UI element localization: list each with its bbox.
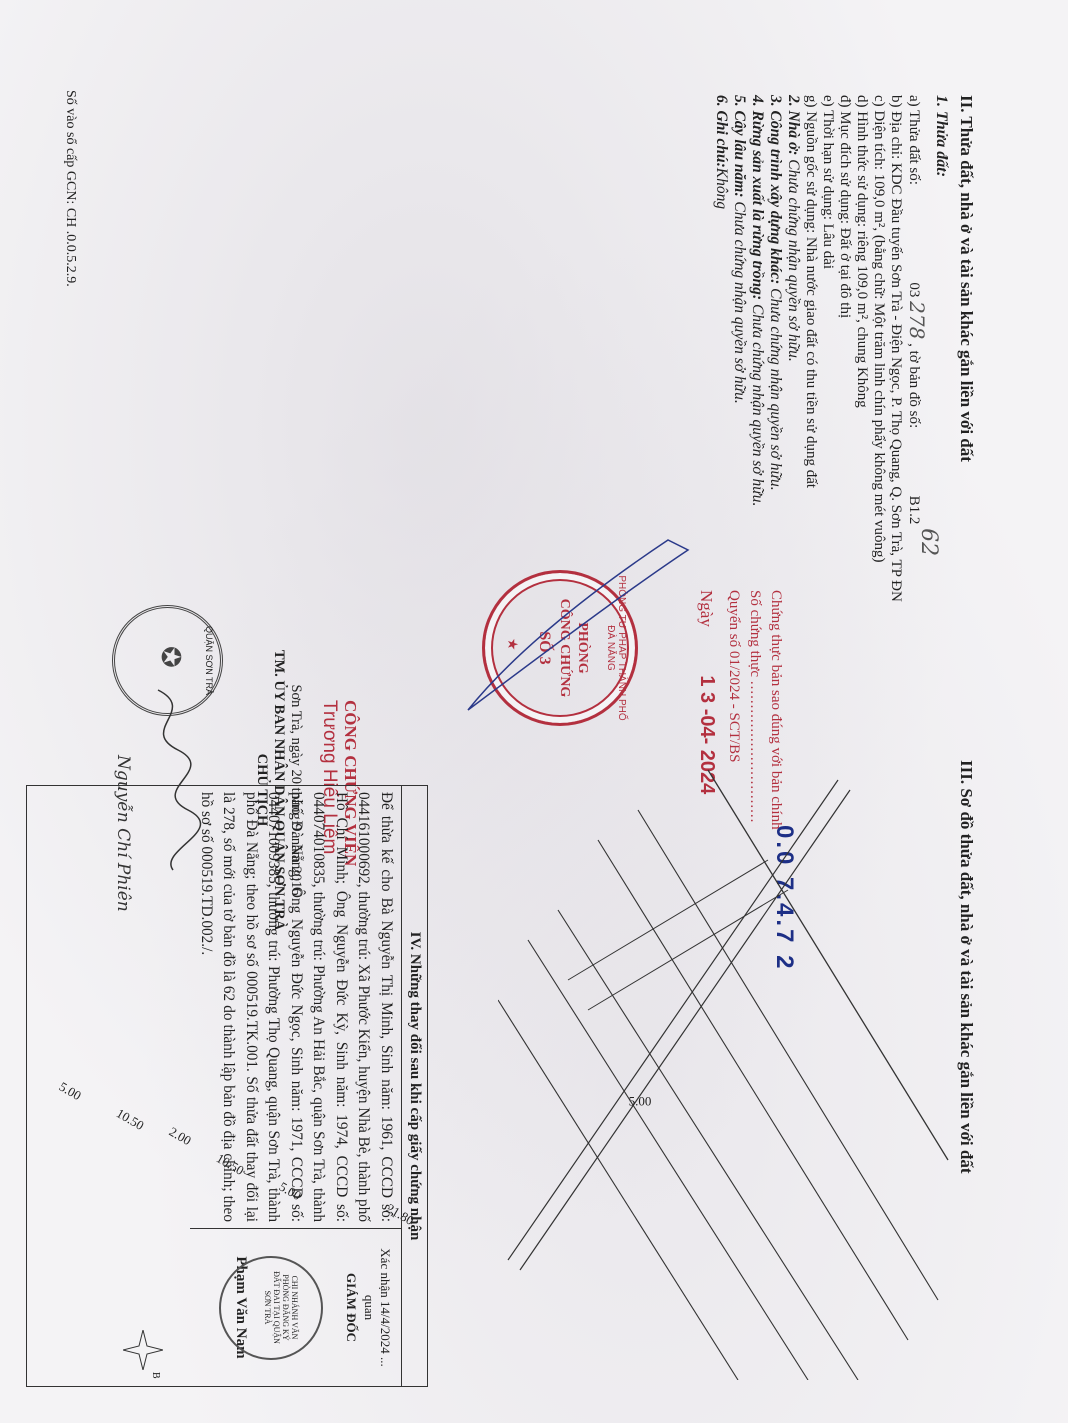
parcel-subtitle: 1. Thửa đất: [932, 95, 950, 735]
area-line: c) Diện tích: 109,0 m², (bằng chữ: Một t… [870, 95, 887, 735]
parcel-number-value: 03 [906, 282, 922, 297]
changes-table-body: Để thừa kế cho Bà Nguyễn Thị Minh, Sinh … [191, 786, 402, 1386]
certification-number-label: Số chứng thực [747, 590, 763, 677]
dimension-label: 5.00 [629, 1093, 652, 1109]
section-ii-title: II. Thửa đất, nhà ở và tài sản khác gắn … [956, 95, 976, 735]
house-label: 2. Nhà ở: [785, 95, 802, 155]
register-value: .0.0.5.2.9. [63, 231, 78, 287]
confirmation-date: Xác nhận 14/4/2024 ... quan [361, 1235, 393, 1380]
forest-value: Chưa chứng nhận quyền sở hữu. [749, 304, 766, 506]
perennial-value: Chưa chứng nhận quyền sở hữu. [731, 201, 748, 403]
note-value: Không [713, 168, 730, 209]
address-line: b) Địa chỉ: KDC Đầu tuyến Sơn Trà - Điện… [887, 95, 904, 735]
document-page: Số vào sổ cấp GCN: CH .0.0.5.2.9. II. Th… [0, 0, 1068, 1423]
change-content-text: Để thừa kế cho Bà Nguyễn Thị Minh, Sinh … [198, 792, 395, 1222]
house-value: Chưa chứng nhận quyền sở hữu. [785, 159, 802, 361]
land-office-stamp-text: CHI NHÁNH VĂN PHÒNG ĐĂNG KÝ ĐẤT ĐAI TẠI … [241, 1258, 321, 1358]
notary-signature [448, 510, 708, 740]
register-label: Số vào sổ cấp GCN: CH [63, 90, 78, 227]
parcel-diagram [498, 740, 958, 1380]
parcel-number-label: a) Thửa đất số: [906, 95, 922, 185]
perennial-label: 5. Cây lâu năm: [731, 95, 748, 197]
land-office-stamp: CHI NHÁNH VĂN PHÒNG ĐĂNG KÝ ĐẤT ĐAI TẠI … [219, 1256, 323, 1360]
other-construction-label: 3. Công trình xây dựng khác: [767, 95, 784, 284]
parcel-number-line: a) Thửa đất số: 03 278 , tờ bản đồ số: B… [904, 95, 929, 735]
use-origin-line: g) Nguồn gốc sử dụng: Nhà nước giao đất … [802, 95, 819, 735]
use-purpose-line: đ) Mục đích sử dụng: Đất ở tại đô thị [836, 95, 853, 735]
use-form-line: d) Hình thức sử dụng: riêng 109,0 m², ch… [853, 95, 870, 735]
section-iv-title: IV. Những thay đổi sau khi cấp giấy chứn… [401, 786, 427, 1386]
change-confirmation-cell: Xác nhận 14/4/2024 ... quan GIÁM ĐỐC CHI… [191, 1229, 402, 1386]
map-sheet-label: , tờ bản đồ số: [906, 343, 922, 428]
changes-table: IV. Những thay đổi sau khi cấp giấy chứn… [26, 785, 428, 1387]
note-label: 6. Ghi chú: [713, 95, 730, 168]
forest-label: 4. Rừng sản xuất là rừng trồng: [749, 95, 766, 300]
change-content-cell: Để thừa kế cho Bà Nguyễn Thị Minh, Sinh … [191, 786, 402, 1229]
map-sheet-value: B1.2 [906, 496, 922, 525]
map-sheet-handwritten: 62 [916, 528, 941, 556]
other-construction-value: Chưa chứng nhận quyền sở hữu. [767, 288, 784, 490]
section-iii-title: III. Sơ đồ thửa đất, nhà ở và tài sản kh… [956, 760, 976, 1174]
confirmation-title: GIÁM ĐỐC [343, 1235, 359, 1380]
use-term-line: e) Thời hạn sử dụng: Lâu dài [819, 95, 836, 735]
emblem-star-icon: ✪ [155, 646, 185, 668]
house-line: 2. Nhà ở: Chưa chứng nhận quyền sở hữu. [784, 95, 802, 735]
register-number-line: Số vào sổ cấp GCN: CH .0.0.5.2.9. [62, 90, 78, 287]
parcel-number-handwritten: 278 [905, 301, 929, 339]
